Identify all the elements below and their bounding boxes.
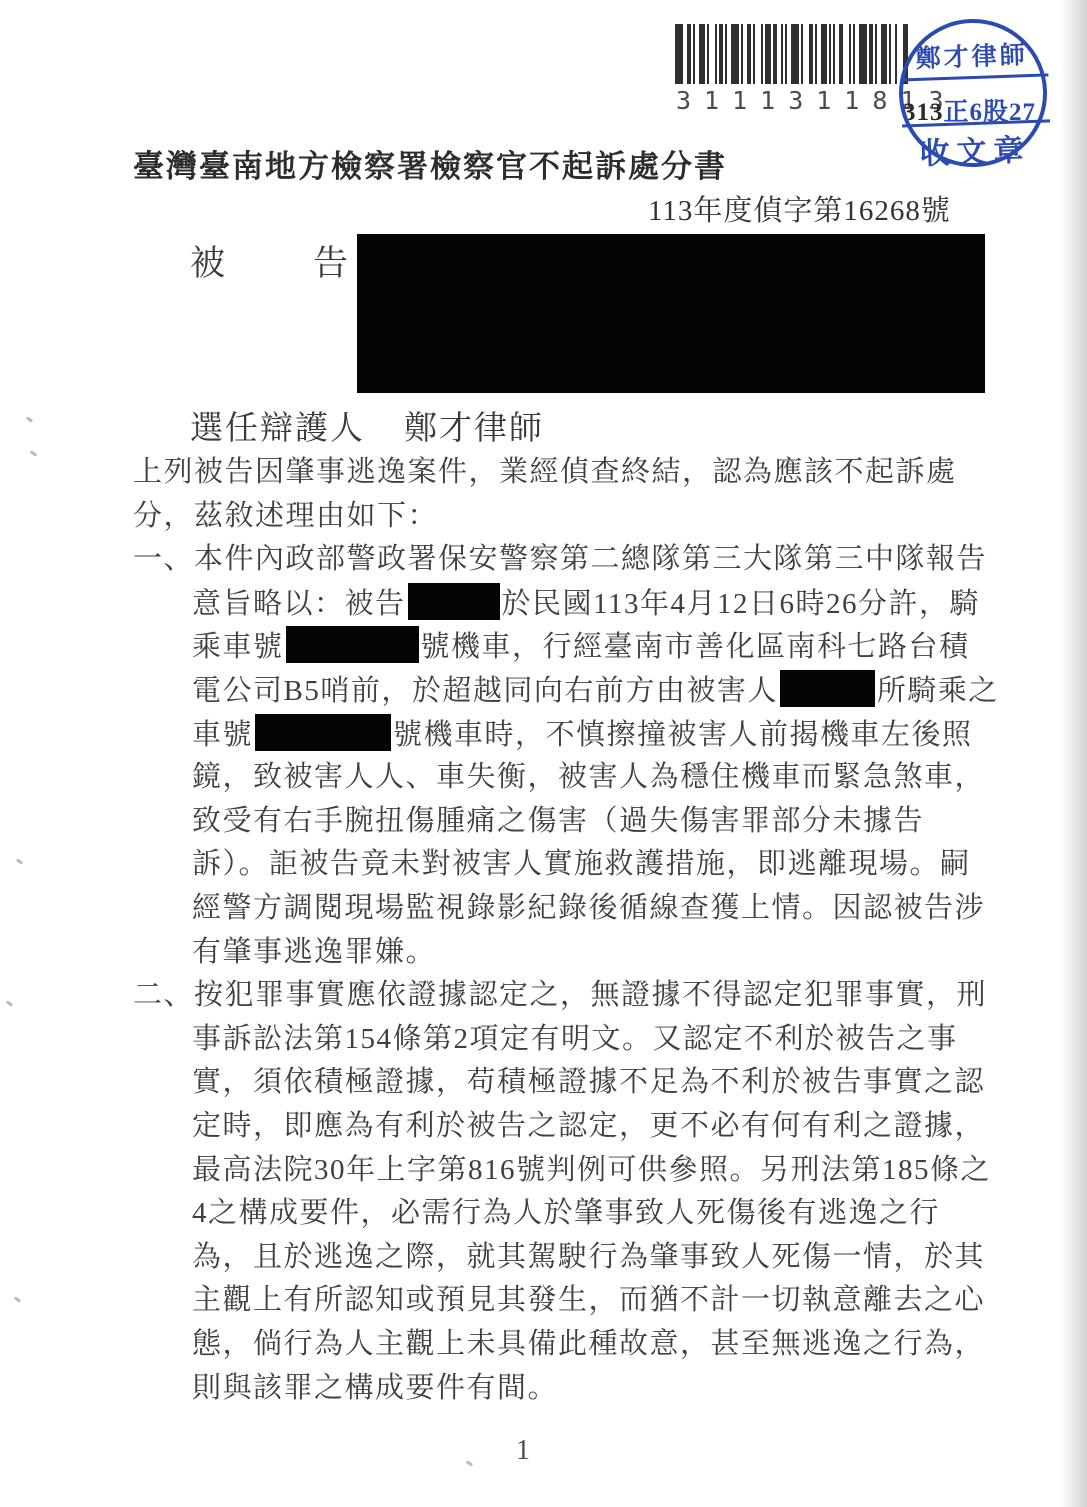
inline-redaction-box — [780, 670, 875, 707]
body-line: 分，茲敘述理由如下： — [133, 496, 438, 536]
body-text: 鏡，致被害人人、車失衡，被害人為穩住機車而緊急煞車， — [192, 761, 985, 793]
body-line: 訴）。詎被告竟未對被害人實施救護措施，即逃離現場。嗣 — [192, 844, 971, 884]
barcode-bar — [773, 24, 777, 84]
body-text: 所騎乘之 — [877, 675, 999, 707]
body-line: 實，須依積極證據，苟積極證據不足為不利於被告事實之認 — [192, 1062, 985, 1102]
barcode-bar — [815, 24, 817, 84]
scan-artifact — [466, 1460, 473, 1466]
body-line: 事訴訟法第154條第2項定有明文。又認定不利於被告之事 — [192, 1019, 958, 1059]
body-text: 於民國113年4月12日6時26分許，騎 — [502, 588, 980, 620]
scan-artifact — [16, 858, 23, 864]
barcode-bar — [725, 24, 727, 84]
body-text: 事訴訟法第154條第2項定有明文。又認定不利於被告之事 — [192, 1023, 958, 1055]
barcode-bar — [699, 24, 705, 84]
barcode-bar — [809, 24, 813, 84]
scan-artifact — [30, 450, 37, 456]
body-line: 主觀上有所認知或預見其發生，而猶不計一切執意離去之心 — [192, 1280, 985, 1320]
barcode-bar — [715, 24, 717, 84]
inline-redaction-box — [286, 626, 419, 663]
body-text: 意旨略以：被告 — [192, 588, 406, 620]
body-text: 主觀上有所認知或預見其發生，而猶不計一切執意離去之心 — [192, 1284, 985, 1316]
barcode-bar — [833, 24, 835, 84]
body-text: 則與該罪之構成要件有間。 — [192, 1372, 558, 1404]
body-text: 號機車，行經臺南市善化區南科七路台積 — [421, 631, 970, 663]
barcode-bar — [707, 24, 709, 84]
body-line: 致受有右手腕扭傷腫痛之傷害（過失傷害罪部分未據告 — [192, 801, 924, 841]
body-text: 訴）。詎被告竟未對被害人實施救護措施，即逃離現場。嗣 — [192, 848, 971, 880]
body-text: 電公司B5哨前，於超越同向右前方由被害人 — [192, 675, 778, 707]
defendant-label-char-2: 告 — [313, 236, 348, 286]
body-line: 乘車號號機車，行經臺南市善化區南科七路台積 — [192, 626, 970, 667]
page-number: 1 — [516, 1435, 530, 1467]
inline-redaction-box — [408, 583, 500, 620]
body-text: 有肇事逃逸罪嫌。 — [192, 936, 436, 968]
body-line: 4之構成要件，必需行為人於肇事致人死傷後有逃逸之行 — [192, 1193, 940, 1233]
barcode-bar — [741, 24, 743, 84]
document-title: 臺灣臺南地方檢察署檢察官不起訴處分書 — [133, 141, 727, 186]
barcode-bar — [821, 24, 827, 84]
scanned-document-page: 3111311813 313正6股27 鄭才律師 收文章 臺灣臺南地方檢察署檢察… — [0, 0, 1087, 1507]
receipt-stamp-owner: 鄭才律師 — [901, 35, 1042, 76]
body-text: 車號 — [192, 719, 253, 751]
body-line: 經警方調閱現場監視錄影紀錄後循線查獲上情。因認被告涉 — [192, 888, 985, 928]
barcode-bar — [829, 24, 831, 84]
body-line: 為，且於逃逸之際，就其駕駛行為肇事致人死傷一情，於其 — [192, 1237, 985, 1277]
body-text: 最高法院30年上字第816號判例可供參照。另刑法第185條之 — [192, 1154, 991, 1186]
body-line: 最高法院30年上字第816號判例可供參照。另刑法第185條之 — [192, 1150, 991, 1190]
case-number: 113年度偵字第16268號 — [648, 188, 951, 229]
body-text: 上列被告因肇事逃逸案件，業經偵查終結，認為應該不起訴處 — [133, 456, 957, 488]
barcode-bar — [839, 24, 843, 84]
body-text: 分，茲敘述理由如下： — [133, 500, 438, 532]
body-line: 則與該罪之構成要件有間。 — [192, 1368, 558, 1408]
body-text: 致受有右手腕扭傷腫痛之傷害（過失傷害罪部分未據告 — [192, 805, 924, 837]
body-text: 實，須依積極證據，苟積極證據不足為不利於被告事實之認 — [192, 1066, 985, 1098]
body-text: 4之構成要件，必需行為人於肇事致人死傷後有逃逸之行 — [192, 1197, 940, 1229]
barcode-bar — [761, 24, 763, 84]
body-line: 車號號機車時，不慎擦撞被害人前揭機車左後照 — [192, 714, 973, 755]
body-line: 電公司B5哨前，於超越同向右前方由被害人所騎乘之 — [192, 670, 999, 711]
body-line: 態，倘行為人主觀上未具備此種故意，甚至無逃逸之行為， — [192, 1324, 985, 1364]
scan-edge-shadow — [1060, 0, 1087, 1507]
barcode-bar — [853, 24, 855, 84]
barcode-bar — [719, 24, 723, 84]
inline-redaction-box — [255, 714, 391, 751]
barcode-bar — [869, 24, 873, 84]
body-line: 定時，即應為有利於被告之認定，更不必有何有利之證據， — [192, 1106, 985, 1146]
barcode-bar — [753, 24, 755, 84]
barcode-bar — [875, 24, 877, 84]
scan-artifact — [14, 1296, 21, 1302]
defense-counsel-label: 選任辯護人 — [190, 402, 365, 449]
scan-artifact — [26, 416, 33, 422]
barcode-bar — [675, 24, 683, 84]
body-line: 有肇事逃逸罪嫌。 — [192, 932, 436, 972]
body-text: 定時，即應為有利於被告之認定，更不必有何有利之證據， — [192, 1110, 985, 1142]
barcode-bar — [785, 24, 787, 84]
body-text: 二、按犯罪事實應依證據認定之，無證據不得認定犯罪事實，刑 — [133, 979, 987, 1011]
barcode-bar — [881, 24, 887, 84]
barcode-bar — [791, 24, 799, 84]
body-text: 為，且於逃逸之際，就其駕駛行為肇事致人死傷一情，於其 — [192, 1241, 985, 1273]
body-text: 態，倘行為人主觀上未具備此種故意，甚至無逃逸之行為， — [192, 1328, 985, 1360]
barcode-bar — [889, 24, 891, 84]
barcode-bar — [859, 24, 867, 84]
body-line: 上列被告因肇事逃逸案件，業經偵查終結，認為應該不起訴處 — [133, 452, 957, 492]
barcode-bar — [693, 24, 695, 84]
body-text: 號機車時，不慎擦撞被害人前揭機車左後照 — [393, 719, 973, 751]
barcode-bar — [849, 24, 851, 84]
barcode-bar — [895, 24, 897, 84]
barcode-bar — [765, 24, 771, 84]
barcode-bar — [781, 24, 783, 84]
barcode-bar — [731, 24, 739, 84]
receipt-stamp: 鄭才律師 收文章 — [896, 16, 1049, 169]
body-text: 乘車號 — [192, 631, 284, 663]
body-line: 一、本件內政部警政署保安警察第二總隊第三大隊第三中隊報告 — [133, 539, 987, 579]
barcode-bar — [801, 24, 803, 84]
defense-counsel-name: 鄭才律師 — [404, 402, 544, 449]
body-line: 鏡，致被害人人、車失衡，被害人為穩住機車而緊急煞車， — [192, 757, 985, 797]
defendant-label-char-1: 被 — [190, 236, 225, 286]
body-text: 一、本件內政部警政署保安警察第二總隊第三大隊第三中隊報告 — [133, 543, 987, 575]
barcode-bar — [687, 24, 691, 84]
scan-artifact — [6, 1000, 13, 1006]
body-line: 意旨略以：被告於民國113年4月12日6時26分許，騎 — [192, 583, 980, 624]
barcode-bar — [747, 24, 751, 84]
receipt-stamp-label: 收文章 — [904, 125, 1045, 174]
defendant-redaction-box — [357, 234, 985, 393]
body-text: 經警方調閱現場監視錄影紀錄後循線查獲上情。因認被告涉 — [192, 892, 985, 924]
body-line: 二、按犯罪事實應依證據認定之，無證據不得認定犯罪事實，刑 — [133, 975, 987, 1015]
